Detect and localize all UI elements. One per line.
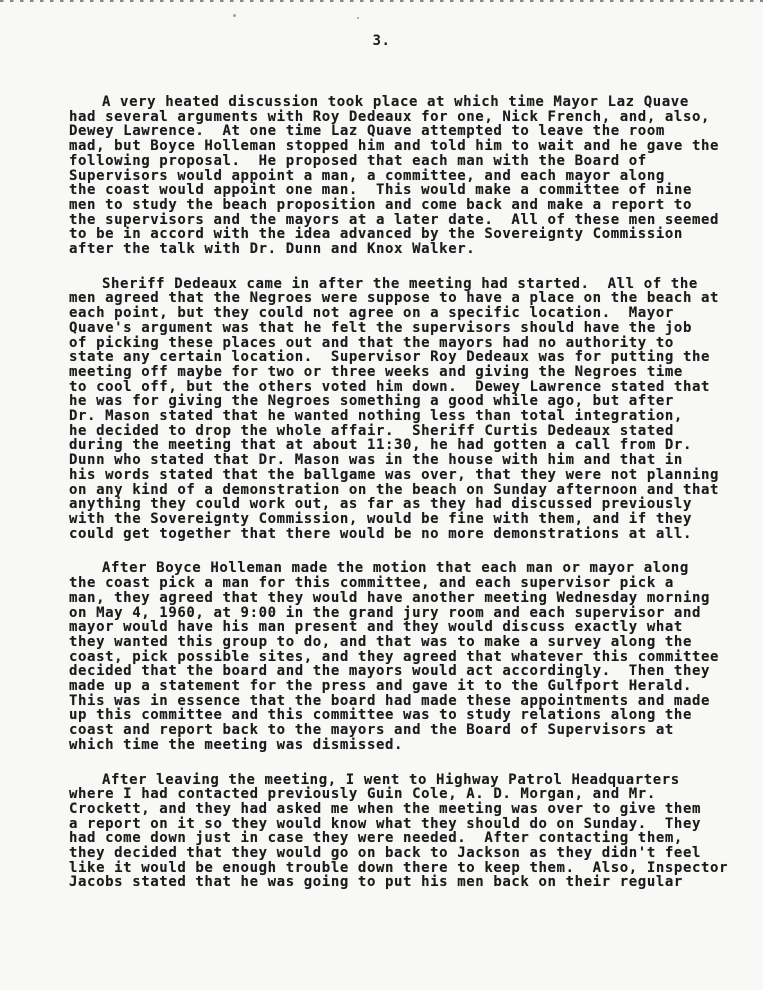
paragraph-highway-patrol: After leaving the meeting, I went to Hig… (69, 773, 759, 891)
perforation-marks (0, 0, 763, 2)
document-page: 3. A very heated discussion took place a… (0, 0, 763, 990)
page-number: 3. (0, 33, 763, 49)
paragraph-sheriff-dedeaux: Sheriff Dedeaux came in after the meetin… (69, 277, 759, 542)
scan-speck (357, 17, 359, 19)
scan-speck (233, 14, 236, 17)
paragraph-holleman-motion: After Boyce Holleman made the motion tha… (69, 561, 759, 752)
document-body: A very heated discussion took place at w… (69, 95, 759, 910)
paragraph-heated-discussion: A very heated discussion took place at w… (69, 95, 759, 257)
